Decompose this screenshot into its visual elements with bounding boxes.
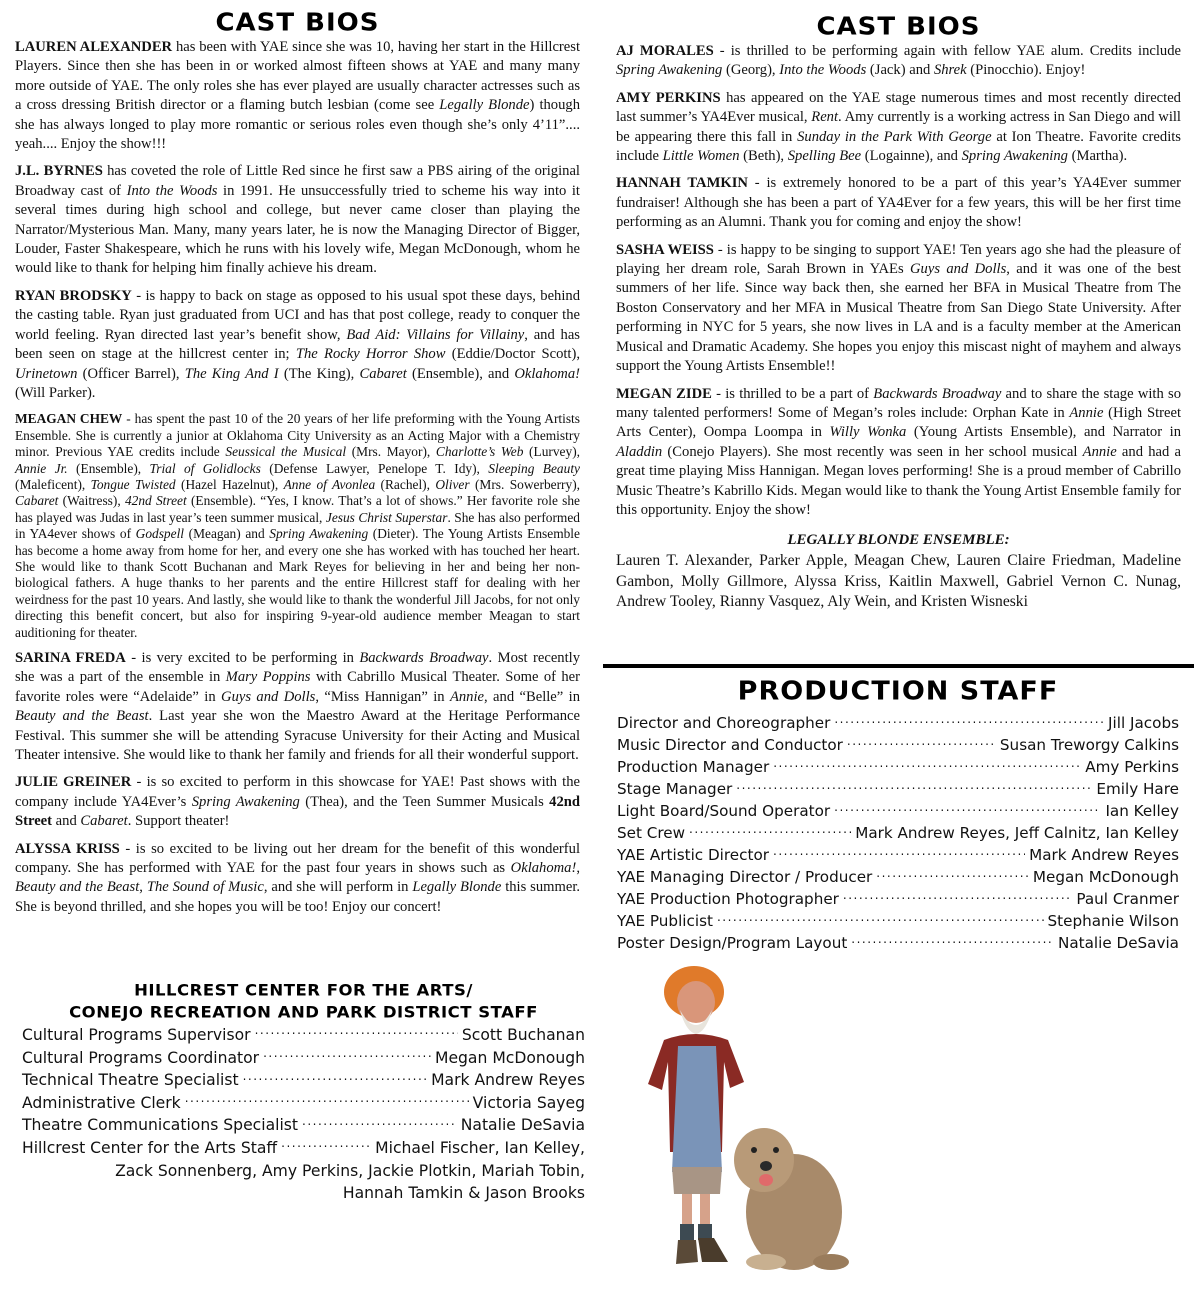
staff-person: Emily Hare [1096,778,1179,800]
staff-row: Music Director and ConductorSusan Trewor… [617,734,1179,756]
cast-bio: J.L. BYRNES has coveted the role of Litt… [15,162,580,278]
staff-role: YAE Artistic Director [617,844,769,866]
show-title: Rent [811,109,838,125]
staff-person: Natalie DeSavia [461,1114,585,1137]
staff-person: Scott Buchanan [462,1024,585,1047]
staff-person: Megan McDonough [1033,866,1179,888]
show-title: Into the Woods [779,62,866,78]
dot-leader [851,933,1054,948]
cast-member-name: J.L. BYRNES [15,163,103,179]
staff-row: Hillcrest Center for the Arts StaffMicha… [22,1137,585,1160]
show-title: The Sound of Music [147,879,264,895]
staff-row: YAE PublicistStephanie Wilson [617,910,1179,932]
staff-row: Production ManagerAmy Perkins [617,756,1179,778]
cast-member-name: RYAN BRODSKY [15,288,132,304]
cast-bio: MEGAN ZIDE - is thrilled to be a part of… [616,385,1181,521]
show-title: Spelling Bee [788,148,861,164]
staff-person: Mark Andrew Reyes [431,1069,585,1092]
production-staff-title: PRODUCTION STAFF [617,675,1179,709]
dot-leader [263,1047,431,1063]
cast-bios-title-right: CAST BIOS [616,13,1181,42]
staff-row: Administrative ClerkVictoria Sayeg [22,1092,585,1115]
staff-role: Cultural Programs Supervisor [22,1024,251,1047]
show-title: 42nd Street [125,493,187,508]
costumed-man-and-dog-illustration [616,962,856,1282]
staff-person: Amy Perkins [1085,756,1179,778]
show-title: Spring Awakening [192,794,300,810]
show-title: Little Women [663,148,740,164]
production-staff-list: Director and ChoreographerJill JacobsMus… [617,712,1179,954]
show-title: Annie Jr. [15,461,68,476]
show-title: Oklahoma! [511,860,577,876]
show-title: Annie [450,689,484,705]
cast-member-name: HANNAH TAMKIN [616,175,748,191]
staff-person: Michael Fischer, Ian Kelley, [375,1137,585,1160]
staff-role: Cultural Programs Coordinator [22,1047,259,1070]
cast-bio: SARINA FREDA - is very excited to be per… [15,649,580,765]
staff-row: Cultural Programs SupervisorScott Buchan… [22,1024,585,1047]
staff-row: YAE Artistic DirectorMark Andrew Reyes [617,844,1179,866]
staff-person: Mark Andrew Reyes [1029,844,1179,866]
cast-bio: ALYSSA KRISS - is so excited to be livin… [15,840,580,918]
dot-leader [736,779,1092,794]
show-title: Bad Aid: Villains for Villainy [346,327,524,343]
show-title: Sunday in the Park With George [797,129,991,145]
staff-role: Administrative Clerk [22,1092,181,1115]
dot-leader [302,1115,457,1131]
show-title: Tongue Twisted [91,477,176,492]
staff-role: Director and Choreographer [617,712,830,734]
show-title: Guys and Dolls [910,261,1006,277]
show-title: Cabaret [359,366,406,382]
staff-person: Susan Treworgy Calkins [1000,734,1179,756]
staff-person: Stephanie Wilson [1048,910,1179,932]
cast-member-name: SASHA WEISS [616,242,714,258]
staff-role: Theatre Communications Specialist [22,1114,298,1137]
staff-row: Stage ManagerEmily Hare [617,778,1179,800]
show-title: Urinetown [15,366,77,382]
show-title: Legally Blonde [412,879,501,895]
dot-leader [834,713,1104,728]
hillcrest-staff-continuation-1: Zack Sonnenberg, Amy Perkins, Jackie Plo… [22,1160,585,1183]
staff-row: Light Board/Sound OperatorIan Kelley [617,800,1179,822]
staff-role: Set Crew [617,822,685,844]
show-title: Annie [1069,405,1103,421]
hillcrest-staff-section: HILLCREST CENTER FOR THE ARTS/ CONEJO RE… [22,980,585,1205]
show-title: Oliver [435,477,469,492]
staff-role: YAE Production Photographer [617,888,839,910]
cast-bio: SASHA WEISS - is happy to be singing to … [616,241,1181,377]
show-title: The Rocky Horror Show [296,346,446,362]
show-title: Charlotte’s Web [436,444,524,459]
dot-leader [773,757,1081,772]
staff-row: Set CrewMark Andrew Reyes, Jeff Calnitz,… [617,822,1179,844]
cast-member-name: JULIE GREINER [15,774,131,790]
cast-bio: MEAGAN CHEW - has spent the past 10 of t… [15,411,580,641]
show-title: Jesus Christ Superstar [326,510,448,525]
staff-role: Stage Manager [617,778,732,800]
dot-leader [773,845,1025,860]
staff-row: Technical Theatre SpecialistMark Andrew … [22,1069,585,1092]
cast-member-name: AMY PERKINS [616,90,721,106]
show-title: Spring Awakening [616,62,722,78]
dot-leader [847,735,996,750]
show-title: Seussical the Musical [225,444,346,459]
show-title: Annie [1083,444,1117,460]
show-title: Oklahoma! [514,366,580,382]
staff-role: YAE Publicist [617,910,713,932]
staff-person: Ian Kelley [1105,800,1179,822]
staff-row: YAE Managing Director / ProducerMegan Mc… [617,866,1179,888]
dot-leader [243,1070,427,1086]
staff-role: Technical Theatre Specialist [22,1069,239,1092]
left-column: CAST BIOS LAUREN ALEXANDER has been with… [15,0,580,925]
staff-person: Megan McDonough [435,1047,585,1070]
staff-person: Natalie DeSavia [1058,932,1179,954]
staff-role: YAE Managing Director / Producer [617,866,872,888]
staff-person: Mark Andrew Reyes, Jeff Calnitz, Ian Kel… [855,822,1179,844]
show-title: Trial of Golidlocks [150,461,261,476]
cast-member-name: MEAGAN CHEW [15,411,122,426]
staff-row: Theatre Communications SpecialistNatalie… [22,1114,585,1137]
dot-leader [834,801,1101,816]
staff-row: Poster Design/Program LayoutNatalie DeSa… [617,932,1179,954]
dot-leader [717,911,1044,926]
cast-bio: HANNAH TAMKIN - is extremely honored to … [616,174,1181,232]
ensemble-members: Lauren T. Alexander, Parker Apple, Meaga… [616,551,1181,613]
hillcrest-title-line2: CONEJO RECREATION AND PARK DISTRICT STAF… [22,1003,585,1024]
cast-member-name: ALYSSA KRISS [15,841,120,857]
staff-row: Director and ChoreographerJill Jacobs [617,712,1179,734]
show-title: Shrek [934,62,967,78]
dot-leader [281,1137,371,1153]
cast-bio: AJ MORALES - is thrilled to be performin… [616,42,1181,81]
cast-member-name: MEGAN ZIDE [616,386,712,402]
show-title: Legally Blonde [439,97,529,113]
show-title: Spring Awakening [962,148,1068,164]
annie-and-sandy-photo [616,962,856,1282]
show-title: Anne of Avonlea [284,477,376,492]
cast-bio: JULIE GREINER - is so excited to perform… [15,773,580,831]
show-title: Aladdin [616,444,662,460]
staff-role: Poster Design/Program Layout [617,932,847,954]
cast-member-name: SARINA FREDA [15,650,126,666]
hillcrest-title-line1: HILLCREST CENTER FOR THE ARTS/ [22,981,585,1002]
dot-leader [689,823,851,838]
hillcrest-staff-list: Cultural Programs SupervisorScott Buchan… [22,1024,585,1160]
show-title: The King And I [185,366,279,382]
left-bios-list: LAUREN ALEXANDER has been with YAE since… [15,38,580,917]
staff-role: Production Manager [617,756,769,778]
dot-leader [185,1092,469,1108]
show-title: Backwards Broadway [873,386,1001,402]
staff-row: YAE Production PhotographerPaul Cranmer [617,888,1179,910]
staff-role: Hillcrest Center for the Arts Staff [22,1137,277,1160]
show-title: Cabaret [15,493,58,508]
show-title: Willy Wonka [829,424,906,440]
show-title: Mary Poppins [226,669,311,685]
dot-leader [876,867,1029,882]
show-title: Backwards Broadway [359,650,488,666]
show-title: Into the Woods [127,183,218,199]
cast-member-name: LAUREN ALEXANDER [15,39,172,55]
hillcrest-staff-continuation-2: Hannah Tamkin & Jason Brooks [22,1182,585,1205]
cast-bio: AMY PERKINS has appeared on the YAE stag… [616,89,1181,167]
cast-member-name: AJ MORALES [616,43,714,59]
cast-bio: RYAN BRODSKY - is happy to back on stage… [15,287,580,403]
staff-person: Paul Cranmer [1076,888,1179,910]
cast-bio: LAUREN ALEXANDER has been with YAE since… [15,38,580,154]
staff-role: Music Director and Conductor [617,734,843,756]
staff-role: Light Board/Sound Operator [617,800,830,822]
show-title: Sleeping Beauty [488,461,580,476]
show-title: Beauty and the Beast [15,708,149,724]
ensemble-title: LEGALLY BLONDE ENSEMBLE: [616,532,1181,549]
show-title: Godspell [136,526,184,541]
production-staff-section: PRODUCTION STAFF Director and Choreograp… [617,674,1179,954]
staff-row: Cultural Programs CoordinatorMegan McDon… [22,1047,585,1070]
cast-bios-title-left: CAST BIOS [15,9,580,38]
staff-person: Jill Jacobs [1108,712,1179,734]
show-title: Spring Awakening [269,526,368,541]
dot-leader [843,889,1072,904]
show-title: Cabaret [80,813,127,829]
section-divider [603,664,1194,668]
right-bios-list: AJ MORALES - is thrilled to be performin… [616,42,1181,520]
right-column: CAST BIOS AJ MORALES - is thrilled to be… [616,0,1181,613]
show-title: Guys and Dolls [221,689,315,705]
show-title: Beauty and the Beast [15,879,139,895]
staff-person: Victoria Sayeg [473,1092,585,1115]
dot-leader [255,1024,458,1040]
